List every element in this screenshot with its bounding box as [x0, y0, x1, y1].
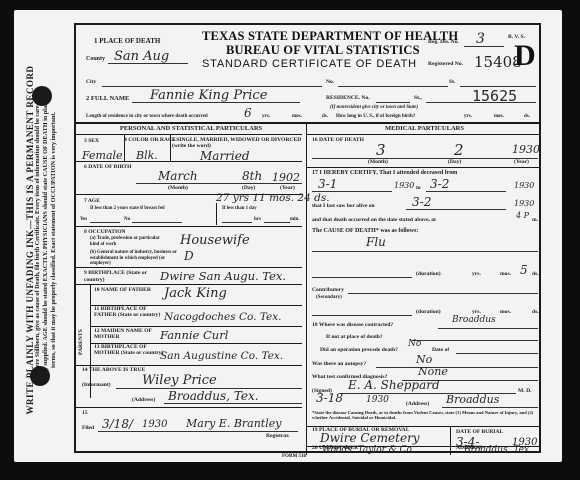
county-value: San Aug	[114, 49, 169, 64]
certificate-title: STANDARD CERTIFICATE OF DEATH	[202, 58, 417, 70]
secondary-label: (Secondary)	[316, 295, 342, 300]
attended-to-value: 3-2	[430, 177, 449, 191]
true-statement-label: 14 THE ABOVE IS TRUE	[82, 367, 145, 373]
father-birthplace-label: 11 BIRTHPLACE OF FATHER (State or countr…	[94, 307, 166, 319]
occupation-trade-label: (a) Trade, profession or particular kind…	[90, 236, 170, 247]
cause-of-death-value: Flu	[366, 235, 386, 249]
occupation-label: 8 OCCUPATION	[84, 229, 126, 235]
to-label: to	[416, 185, 421, 191]
hours-label: hrs	[254, 217, 261, 222]
form-number: FORM 51b	[282, 454, 306, 459]
age-label: 7 AGE	[84, 198, 100, 204]
length-yrs-label: yrs.	[262, 114, 270, 119]
duration-days-value: 5	[520, 263, 528, 277]
operation-label: Did an operation precede death?	[320, 347, 398, 353]
undertaker-address-value: Broaddus, Tex.	[464, 445, 532, 455]
attended-from-year: 1930	[394, 181, 414, 190]
instructions-margin: WRITE PLAINLY WITH UNFADING INK—THIS IS …	[14, 10, 72, 462]
county-label: County	[86, 56, 105, 62]
father-name-value: Jack King	[164, 286, 227, 301]
informant-address-value: Broaddus, Tex.	[168, 389, 259, 403]
dob-day-label: (Day)	[242, 185, 255, 191]
instruction-line: terms, so that it may be properly classi…	[50, 25, 58, 455]
city-label: City	[86, 79, 96, 85]
city-no-label: No.	[326, 79, 334, 85]
physician-signature: E. A. Sheppard	[348, 378, 440, 392]
occurred-time: 4 P	[516, 211, 529, 220]
attended-to-year: 1930	[514, 181, 534, 190]
informant-label: (Informant)	[82, 382, 111, 388]
informant-address-label: (Address)	[132, 397, 155, 403]
color-race-label: 4 COLOR OR RACE	[124, 137, 170, 143]
dob-year-label: (Year)	[280, 185, 295, 191]
dept-title: TEXAS STATE DEPARTMENT OF HEALTH	[202, 29, 458, 44]
length-residence-value: 6	[244, 106, 252, 120]
occupation-trade-value: Housewife	[180, 233, 250, 248]
birthplace-label: 9 BIRTHPLACE (State or country)	[84, 270, 160, 283]
contracted-label: 18 Where was disease contracted?	[312, 322, 393, 328]
full-name-label: 2 FULL NAME	[86, 95, 129, 102]
residence-label: RESIDENCE. No.	[326, 95, 370, 101]
personal-section-title: PERSONAL AND STATISTICAL PARTICULARS	[76, 125, 306, 132]
residence-st-label: St.,	[414, 95, 422, 101]
dod-year-label: (Year)	[514, 159, 529, 165]
dod-day-value: 2	[454, 141, 464, 159]
cause-of-death-label: The CAUSE OF DEATH* was as follows:	[312, 228, 418, 234]
test-value: None	[418, 365, 448, 378]
marital-status-label: 5 SINGLE, MARRIED, WIDOWED OR DIVORCED (…	[172, 137, 306, 149]
cause-footnote: *State the disease Causing Death, or in …	[312, 410, 540, 420]
parents-label: PARENTS	[78, 329, 84, 355]
contributory-label: Contributory	[312, 287, 344, 293]
us-yrs-label: yrs.	[464, 114, 472, 119]
minutes-label: min.	[290, 217, 300, 222]
dob-year-value: 1902	[272, 171, 300, 184]
mother-name-value: Fannie Curl	[160, 328, 228, 342]
attended-from-value: 3-1	[318, 177, 337, 191]
reg-dis-label: Reg. Dis. No.	[428, 39, 459, 45]
birthplace-value: Dwire San Augu. Tex.	[160, 269, 286, 283]
occupation-industry-label: (b) General nature of industry, business…	[90, 250, 182, 267]
mother-birthplace-label: 13 BIRTHPLACE OF MOTHER (State or countr…	[94, 345, 166, 357]
father-name-label: 10 NAME OF FATHER	[94, 287, 156, 293]
registrar-signature: Mary E. Brantley	[186, 417, 281, 430]
medical-section-title: MEDICAL PARTICULARS	[308, 125, 541, 132]
mother-name-label: 12 MAIDEN NAME OF MOTHER	[94, 328, 166, 340]
filed-year-value: 1930	[142, 419, 167, 430]
dod-month-value: 3	[376, 141, 386, 159]
city-st-label: St.	[449, 79, 455, 85]
filed-label: Filed	[82, 425, 94, 431]
registered-no-label: Registered No.	[428, 61, 463, 67]
breast-fed-yes: Yes	[80, 217, 87, 222]
residence-note: (If nonresident give city or town and St…	[330, 105, 418, 110]
physician-address-value: Broaddus	[446, 393, 499, 406]
full-name-value: Fannie King Price	[150, 88, 267, 103]
father-birthplace-value: Nacogdoches Co. Tex.	[164, 311, 282, 323]
occupation-industry-value: D	[184, 249, 194, 263]
meridiem-label: m.	[532, 217, 538, 223]
filed-number: 15	[82, 410, 88, 416]
foreign-birth-label: How long in U. S., if of foreign birth?	[336, 114, 415, 119]
form-letter: D	[514, 41, 536, 71]
last-saw-year: 1930	[514, 199, 534, 208]
physician-address-label: (Address)	[406, 401, 429, 407]
dob-day-value: 8th	[242, 169, 262, 183]
occurred-label: and that death occurred on the date stat…	[312, 217, 436, 223]
informant-value: Wiley Price	[142, 373, 217, 388]
last-saw-label: that I last saw her alive on	[312, 203, 375, 209]
less-than-day-note: If less than 1 day	[222, 206, 257, 211]
signed-date-value: 3-18	[316, 391, 343, 405]
dob-month-label: (Month)	[168, 185, 188, 191]
punch-hole-icon	[32, 86, 52, 106]
last-saw-value: 3-2	[412, 195, 431, 209]
death-certificate-form: 1 PLACE OF DEATH County San Aug TEXAS ST…	[74, 23, 541, 453]
secondary-mos-label: mos.	[500, 309, 511, 315]
dob-month-value: March	[158, 169, 198, 183]
duration-yrs-label: yrs.	[472, 271, 481, 277]
secondary-duration-label: (duration)	[416, 309, 441, 315]
dod-year-value: 1930	[512, 143, 540, 156]
registrar-label: Registrar.	[266, 433, 290, 439]
bureau-title: BUREAU OF VITAL STATISTICS	[226, 43, 420, 58]
length-ds-label: ds.	[322, 114, 328, 119]
burial-place-value: Dwire Cemetery	[320, 431, 420, 445]
breast-fed-no: No	[124, 217, 130, 222]
place-of-death-label: 1 PLACE OF DEATH	[94, 37, 160, 45]
operation-date-label: Date of	[432, 347, 449, 353]
operation-value: No	[408, 339, 421, 349]
duration-label: (duration)	[416, 271, 441, 277]
us-mos-label: mos.	[494, 114, 504, 119]
secondary-ds-label: ds.	[532, 309, 539, 315]
md-label: M. D.	[518, 388, 532, 394]
duration-mos-label: mos.	[500, 271, 511, 277]
reg-dis-value: 3	[476, 31, 485, 47]
length-residence-label: Length of residence in city or town wher…	[86, 114, 208, 119]
dod-month-label: (Month)	[368, 159, 388, 165]
certify-label: 17 I HEREBY CERTIFY, That I attended dec…	[312, 170, 457, 176]
length-mos-label: mos.	[292, 114, 302, 119]
breast-fed-note: If less than 2 years state if breast fed	[90, 206, 165, 211]
mother-birthplace-value: San Augustine Co. Tex.	[160, 350, 283, 362]
contracted-value: Broaddus	[452, 315, 496, 325]
us-ds-label: ds.	[524, 114, 530, 119]
undertaker-value: Woods, Taylor & Co.	[322, 445, 415, 455]
autopsy-label: Was there an autopsy?	[312, 361, 366, 367]
filed-date-value: 3/18/	[102, 417, 133, 431]
sex-label: 3 SEX	[84, 138, 99, 144]
punch-hole-icon	[30, 366, 50, 386]
dod-label: 16 DATE OF DEATH	[312, 137, 364, 143]
signed-year-value: 1930	[366, 395, 389, 405]
dob-label: 6 DATE OF BIRTH	[84, 164, 132, 170]
duration-ds-label: ds.	[532, 271, 539, 277]
dod-day-label: (Day)	[448, 159, 461, 165]
not-place-label: If not at place of death?	[326, 334, 383, 340]
